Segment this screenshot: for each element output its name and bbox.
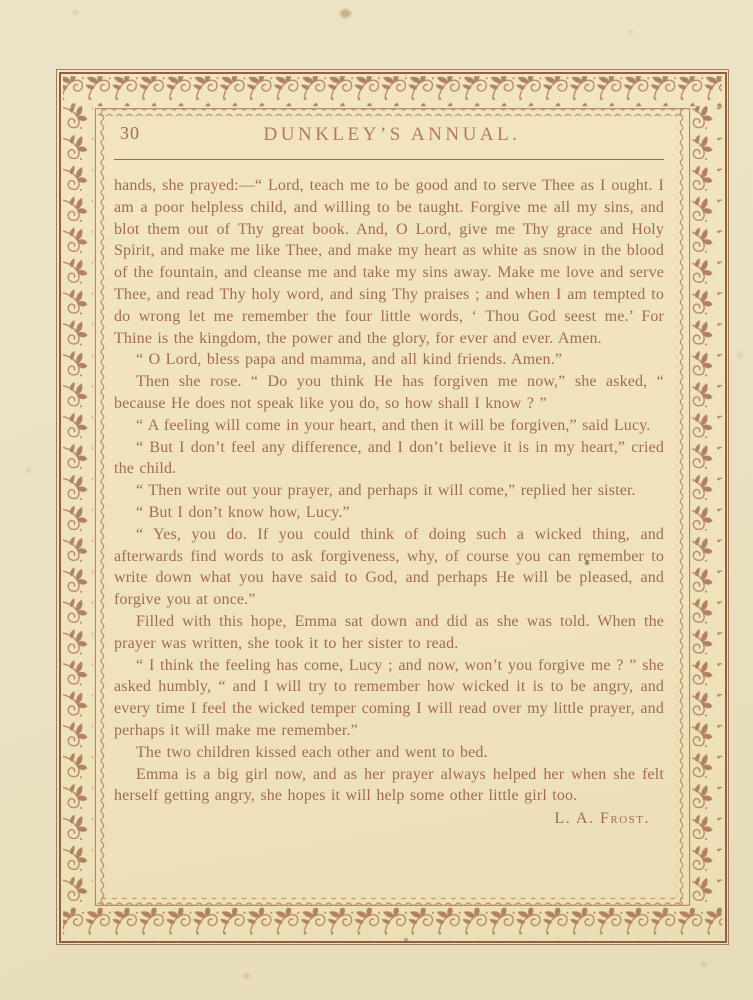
page-title: DUNKLEY’S ANNUAL. xyxy=(104,117,680,146)
body-paragraph: “ Then write out your prayer, and perhap… xyxy=(114,480,664,502)
vine-border-bottom xyxy=(63,908,722,938)
body-paragraph: Emma is a big girl now, and as her praye… xyxy=(114,764,664,808)
scanned-book-page: 30 DUNKLEY’S ANNUAL. hands, she prayed:—… xyxy=(0,0,753,1000)
body-paragraph: “ O Lord, bless papa and mamma, and all … xyxy=(114,349,664,371)
vine-border-top xyxy=(63,76,722,106)
body-paragraph: “ But I don’t know how, Lucy.” xyxy=(114,502,664,524)
page-number: 30 xyxy=(120,123,140,144)
vine-border-right xyxy=(692,106,722,908)
vine-border-left xyxy=(63,106,93,908)
foxing-speck xyxy=(340,9,351,18)
author-signature: L. A. Frost. xyxy=(104,808,680,830)
body-paragraph: “ Yes, you do. If you could think of doi… xyxy=(114,524,664,611)
body-paragraph: “ A feeling will come in your heart, and… xyxy=(114,415,664,437)
body-paragraph: “ But I don’t feel any difference, and I… xyxy=(114,437,664,481)
foxing-speck xyxy=(72,10,78,15)
wavy-border-top xyxy=(98,109,683,116)
body-text: hands, she prayed:—“ Lord, teach me to b… xyxy=(104,160,680,807)
foxing-speck xyxy=(26,468,31,473)
body-paragraph: “ I think the feeling has come, Lucy ; a… xyxy=(114,655,664,742)
body-paragraph: The two children kissed each other and w… xyxy=(114,742,664,764)
foxing-speck xyxy=(243,973,250,979)
body-paragraph: Then she rose. “ Do you think He has for… xyxy=(114,371,664,415)
body-paragraph: hands, she prayed:—“ Lord, teach me to b… xyxy=(114,175,664,349)
body-paragraph: Filled with this hope, Emma sat down and… xyxy=(114,611,664,655)
foxing-speck xyxy=(628,30,633,35)
running-header: 30 DUNKLEY’S ANNUAL. xyxy=(104,117,680,151)
foxing-speck xyxy=(701,962,706,967)
foxing-speck xyxy=(737,352,743,358)
text-panel: 30 DUNKLEY’S ANNUAL. hands, she prayed:—… xyxy=(104,117,680,901)
ornamental-frame: 30 DUNKLEY’S ANNUAL. hands, she prayed:—… xyxy=(56,69,729,945)
